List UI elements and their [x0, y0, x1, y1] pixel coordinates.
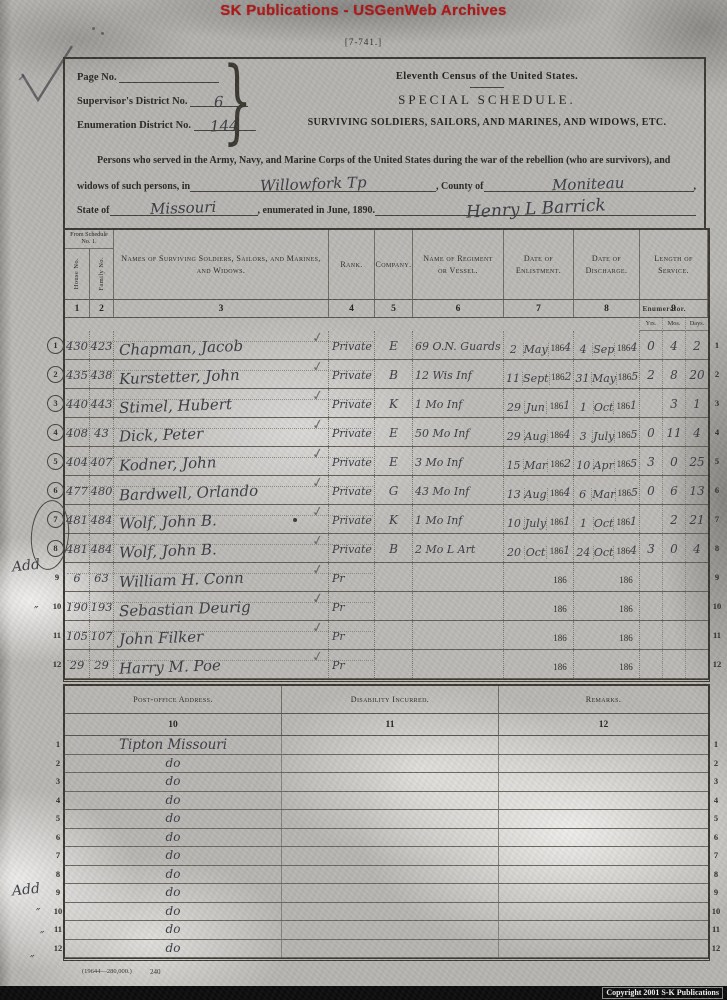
year-prefix: 186 — [616, 517, 630, 527]
remarks-cell — [499, 884, 708, 902]
disability-cell — [282, 884, 499, 902]
house-no-cell: 6 — [65, 563, 90, 591]
soldier-name: Dick, Peter — [119, 425, 204, 446]
remarks-cell — [499, 810, 708, 828]
enlistment-date-cell: 186 — [504, 592, 574, 620]
year-prefix: 186 — [616, 401, 630, 411]
address-cell: do — [65, 792, 282, 810]
checkmark: ✓ — [311, 358, 326, 377]
row-number: 5 — [47, 453, 64, 470]
service-months-cell — [663, 563, 686, 591]
soldier-name: Wolf, John B. — [119, 511, 217, 532]
row-number-right: 10 — [711, 601, 723, 611]
col-num-3: 3 — [114, 300, 329, 317]
regiment-cell: 50 Mo Inf — [413, 418, 504, 446]
table-row: 11 105 107 John Filker✓ Pr 186 186 11 — [65, 621, 708, 650]
service-years-cell: 0 — [640, 476, 663, 504]
service-days-cell — [686, 592, 708, 620]
row-number-right: 4 — [710, 795, 722, 805]
year-prefix: 186 — [550, 430, 564, 440]
year-prefix: 186 — [619, 633, 633, 643]
service-days-cell: 25 — [686, 447, 708, 475]
regiment-cell — [413, 592, 504, 620]
table-row: 12 do 12 — [65, 940, 708, 959]
pencil-dot — [101, 32, 104, 35]
rank-cell: Private — [329, 447, 375, 475]
year-digit: 5 — [631, 370, 638, 383]
remarks-cell — [499, 940, 708, 958]
schedule-title: SPECIAL SCHEDULE. — [283, 92, 691, 108]
table-row: 3 440 443 Stimel, Hubert✓ Private K 1 Mo… — [65, 389, 708, 418]
regiment-cell: 3 Mo Inf — [413, 447, 504, 475]
rank-cell: Private — [329, 418, 375, 446]
discharge-date-cell: 4Sep1864 — [574, 331, 640, 359]
table1-header-row: From Schedule No. 1. House No. Family No… — [65, 230, 708, 300]
service-days-cell: 2 — [686, 331, 708, 359]
service-days-cell: 13 — [686, 476, 708, 504]
address-cell: do — [65, 903, 282, 921]
col-num-11: 11 — [282, 714, 499, 735]
regiment-cell: 43 Mo Inf — [413, 476, 504, 504]
row-number-right: 9 — [710, 887, 722, 897]
row-number: 1 — [47, 337, 64, 354]
margin-add-note: Add — [11, 881, 41, 900]
name-cell: Kurstetter, John✓ — [114, 360, 329, 388]
soldier-name: Chapman, Jacob — [119, 337, 244, 359]
enlistment-date-cell: 29Jun1861 — [504, 389, 574, 417]
pencil-dot — [92, 27, 95, 30]
remarks-cell — [499, 755, 708, 773]
row-number: 8 — [52, 869, 64, 879]
row-number-right: 12 — [710, 943, 722, 953]
names-header: Names of Surviving Soldiers, Sailors, an… — [114, 230, 329, 299]
col-num-1: 1 — [65, 300, 90, 317]
table-row: 3 do 3 — [65, 773, 708, 792]
service-months-cell: 6 — [663, 476, 686, 504]
company-cell: G — [375, 476, 413, 504]
year-digit: 4 — [630, 341, 637, 354]
year-digit: 4 — [564, 341, 571, 354]
preamble-line3: State of Missouri , enumerated in June, … — [77, 199, 696, 216]
comma: , — [694, 181, 697, 192]
form-code: [7-741.] — [0, 37, 727, 47]
enumerator-signature: Henry L Barrick — [465, 195, 606, 222]
address-cell: do — [65, 773, 282, 791]
house-no-cell: 430 — [65, 331, 90, 359]
name-cell: Sebastian Deurig✓ — [114, 592, 329, 620]
house-no-cell: 440 — [65, 389, 90, 417]
service-years-cell: 0 — [640, 331, 663, 359]
table2-number-row: 10 11 12 — [65, 714, 708, 736]
year-digit: 4 — [630, 544, 637, 557]
name-cell: William H. Conn✓ — [114, 563, 329, 591]
service-header: Length of Service. — [640, 230, 708, 299]
regiment-cell: 1 Mo Inf — [413, 505, 504, 533]
year-digit: 5 — [630, 428, 637, 441]
table-row: 5 do 5 — [65, 810, 708, 829]
family-no-cell: 438 — [90, 360, 114, 388]
from-schedule-header: From Schedule No. 1. House No. Family No… — [65, 230, 114, 299]
margin-add-note: Add — [11, 557, 41, 576]
regiment-cell: 12 Wis Inf — [413, 360, 504, 388]
year-prefix: 186 — [617, 459, 631, 469]
margin-ditto-mark: ″ — [30, 953, 34, 967]
soldier-name: William H. Conn — [119, 569, 244, 591]
row-number: 2 — [47, 366, 64, 383]
remarks-cell — [499, 866, 708, 884]
row-number: 5 — [52, 813, 64, 823]
year-digit: 2 — [565, 370, 572, 383]
address-cell: do — [65, 810, 282, 828]
soldiers-table: From Schedule No. 1. House No. Family No… — [63, 228, 710, 682]
row-number: 3 — [52, 776, 64, 786]
family-no-cell: 107 — [90, 621, 114, 649]
discharge-date-cell: 186 — [574, 563, 640, 591]
yrs-label: Yrs. — [640, 318, 663, 331]
enlistment-date-cell: 20Oct1861 — [504, 534, 574, 562]
house-no-cell: 190 — [65, 592, 90, 620]
year-digit: 1 — [630, 399, 637, 412]
service-years-cell: 3 — [640, 447, 663, 475]
checkmark: ✓ — [311, 648, 326, 667]
disability-cell — [282, 829, 499, 847]
row-number-right: 11 — [710, 924, 722, 934]
row-number-right: 6 — [711, 485, 723, 495]
name-cell: Wolf, John B.✓ — [114, 534, 329, 562]
scanned-census-page: SK Publications - USGenWeb Archives [7-7… — [0, 0, 727, 1000]
table-row: 9 6 63 William H. Conn✓ Pr 186 186 9 — [65, 563, 708, 592]
service-months-cell: 11 — [663, 418, 686, 446]
row-number-right: 8 — [710, 869, 722, 879]
service-months-cell — [663, 650, 686, 678]
service-months-cell — [663, 592, 686, 620]
state-label: State of — [77, 205, 110, 216]
service-days-cell: 20 — [686, 360, 708, 388]
service-days-cell — [686, 650, 708, 678]
enlistment-header: Date of Enlistment. — [504, 230, 574, 299]
discharge-date-cell: 6Mar1865 — [574, 476, 640, 504]
col-num-7: 7 — [504, 300, 574, 317]
company-cell — [375, 563, 413, 591]
row-number: 11 — [52, 924, 64, 934]
address-cell: do — [65, 940, 282, 958]
enlistment-date-cell: 2May1864 — [504, 331, 574, 359]
soldier-name: Kodner, John — [119, 453, 217, 474]
year-digit: 1 — [563, 515, 570, 528]
house-no-cell: 477 — [65, 476, 90, 504]
remarks-cell — [499, 792, 708, 810]
enlistment-date-cell: 186 — [504, 563, 574, 591]
disability-cell — [282, 755, 499, 773]
col-num-8: 8 — [574, 300, 640, 317]
county-label: , County of — [436, 181, 484, 192]
soldier-name: Stimel, Hubert — [119, 395, 233, 417]
col-num-5: 5 — [375, 300, 413, 317]
remarks-cell — [499, 829, 708, 847]
soldier-name: John Filker — [119, 628, 204, 649]
discharge-date-cell: 186 — [574, 621, 640, 649]
checkmark: ✓ — [311, 474, 326, 493]
row-number-right: 12 — [711, 659, 723, 669]
divider-rule — [470, 87, 504, 88]
checkmark: ✓ — [311, 561, 326, 580]
address-cell: do — [65, 921, 282, 939]
service-months-cell: 8 — [663, 360, 686, 388]
table-row: 8 do 8 — [65, 866, 708, 885]
remarks-header: Remarks. — [499, 686, 708, 713]
print-code: (19644—280,000.) — [82, 968, 132, 975]
subheader-spacer — [65, 318, 640, 331]
house-no-cell: 408 — [65, 418, 90, 446]
row-number: 6 — [47, 482, 64, 499]
table-row: 10 do 10 — [65, 903, 708, 922]
census-heading: Eleventh Census of the United States. SP… — [283, 71, 691, 128]
row-number: 11 — [51, 630, 63, 640]
row-number: 4 — [47, 424, 64, 441]
discharge-month: Sep — [593, 343, 615, 356]
row-number-right: 5 — [711, 456, 723, 466]
house-no-header: House No. — [73, 258, 80, 289]
row-number-right: 6 — [710, 832, 722, 842]
table-row: 4 do 4 — [65, 792, 708, 811]
table1-number-row: 1 2 3 4 5 6 7 8 9 — [65, 300, 708, 318]
rank-header: Rank. — [329, 230, 375, 299]
col-num-2: 2 — [90, 300, 114, 317]
checkmark: ✓ — [311, 329, 326, 348]
regiment-cell: 1 Mo Inf — [413, 389, 504, 417]
row-number: 2 — [52, 758, 64, 768]
row-number-right: 5 — [710, 813, 722, 823]
year-prefix: 186 — [550, 517, 564, 527]
name-cell: Stimel, Hubert✓ — [114, 389, 329, 417]
schedule-subtitle: SURVIVING SOLDIERS, SAILORS, AND MARINES… — [283, 117, 691, 128]
company-cell: B — [375, 534, 413, 562]
name-cell: Bardwell, Orlando✓ — [114, 476, 329, 504]
year-prefix: 186 — [550, 459, 564, 469]
disability-cell — [282, 866, 499, 884]
enumerator-blank: Henry L Barrick — [375, 199, 696, 216]
table-row: 1 430 423 Chapman, Jacob✓ Private E 69 O… — [65, 331, 708, 360]
enlistment-date-cell: 11Sept1862 — [504, 360, 574, 388]
row-number: 10 — [52, 906, 64, 916]
year-digit: 2 — [564, 457, 571, 470]
margin-ditto-mark: ″ — [36, 906, 40, 920]
checkmark: ✓ — [311, 532, 326, 551]
service-months-cell: 2 — [663, 505, 686, 533]
year-prefix: 186 — [617, 488, 631, 498]
family-no-cell: 484 — [90, 505, 114, 533]
regiment-cell — [413, 621, 504, 649]
company-header: Company. — [375, 230, 413, 299]
enumeration-line: Enumeration District No. 144 — [77, 117, 283, 131]
name-cell: Chapman, Jacob✓ — [114, 331, 329, 359]
disability-header: Disability Incurred. — [282, 686, 499, 713]
service-years-cell — [640, 563, 663, 591]
state-value: Missouri — [150, 197, 217, 217]
service-years-cell: 3 — [640, 534, 663, 562]
name-cell: Kodner, John✓ — [114, 447, 329, 475]
checkmark: ✓ — [311, 590, 326, 609]
bottom-black-band: Copyright 2001 S-K Publications — [0, 986, 727, 1000]
family-no-cell: 443 — [90, 389, 114, 417]
family-no-cell: 63 — [90, 563, 114, 591]
remarks-cell — [499, 736, 708, 754]
year-digit: 4 — [564, 486, 571, 499]
company-cell: E — [375, 331, 413, 359]
row-number: 3 — [47, 395, 64, 412]
company-cell: E — [375, 447, 413, 475]
table-row: 12 29 29 Harry M. Poe✓ Pr 186 186 12 — [65, 650, 708, 679]
company-cell — [375, 621, 413, 649]
table-row: 6 477 480 Bardwell, Orlando✓ Private G 4… — [65, 476, 708, 505]
page-no-blank — [119, 69, 219, 83]
year-prefix: 186 — [550, 488, 564, 498]
publisher-banner: SK Publications - USGenWeb Archives — [0, 2, 727, 19]
row-number: 10 — [51, 601, 63, 611]
curly-brace: } — [223, 55, 252, 147]
row-number-right: 4 — [711, 427, 723, 437]
discharge-date-cell: 10Apr1865 — [574, 447, 640, 475]
regiment-cell — [413, 650, 504, 678]
enlistment-date-cell: 186 — [504, 621, 574, 649]
preamble-line2: widows of such persons, in Willowfork Tp… — [77, 175, 696, 192]
discharge-date-cell: 31May1865 — [574, 360, 640, 388]
table-row: 11 do 11 — [65, 921, 708, 940]
copyright-notice: Copyright 2001 S-K Publications — [602, 987, 723, 999]
enlistment-date-cell: 15Mar1862 — [504, 447, 574, 475]
supervisor-label: Supervisor's District No. — [77, 96, 188, 107]
table-row: 1 Tipton Missouri 1 — [65, 736, 708, 755]
row-number: 9 — [52, 887, 64, 897]
discharge-day: 4 — [574, 343, 593, 356]
address-cell: Tipton Missouri — [65, 736, 282, 754]
row-number: 12 — [51, 659, 63, 669]
discharge-date-cell: 186 — [574, 650, 640, 678]
year-digit: 4 — [564, 428, 571, 441]
house-no-cell: 29 — [65, 650, 90, 678]
family-no-cell: 407 — [90, 447, 114, 475]
mos-label: Mos. — [663, 318, 686, 331]
disability-cell — [282, 773, 499, 791]
year-prefix: 186 — [553, 575, 567, 585]
regiment-cell — [413, 563, 504, 591]
discharge-date-cell: 186 — [574, 592, 640, 620]
regiment-header: Name of Regiment or Vessel. — [413, 230, 504, 299]
preamble-line1: Persons who served in the Army, Navy, an… — [77, 155, 696, 168]
rank-cell: Private — [329, 360, 375, 388]
row-number-right: 9 — [711, 572, 723, 582]
year-digit: 1 — [630, 515, 637, 528]
year-prefix: 186 — [616, 546, 630, 556]
disability-cell — [282, 940, 499, 958]
name-cell: Dick, Peter✓ — [114, 418, 329, 446]
enlistment-date-cell: 29Aug1864 — [504, 418, 574, 446]
rank-cell: Private — [329, 505, 375, 533]
rank-cell: Private — [329, 476, 375, 504]
from-schedule-label: From Schedule No. 1. — [65, 230, 113, 249]
row-number: 12 — [52, 943, 64, 953]
enlistment-date-cell: 186 — [504, 650, 574, 678]
address-cell: do — [65, 755, 282, 773]
service-months-cell: 4 — [663, 331, 686, 359]
checkmark: ✓ — [311, 619, 326, 638]
checkmark: ✓ — [311, 387, 326, 406]
rank-cell: Pr — [329, 592, 375, 620]
year-prefix: 186 — [553, 604, 567, 614]
form-page-number: 240 — [150, 968, 161, 976]
address-cell: do — [65, 847, 282, 865]
table-row: 4 408 43 Dick, Peter✓ Private E 50 Mo In… — [65, 418, 708, 447]
discharge-date-cell: 1Oct1861 — [574, 505, 640, 533]
row-number-right: 8 — [711, 543, 723, 553]
county-value: Moniteau — [552, 173, 625, 194]
rank-cell: Pr — [329, 563, 375, 591]
year-prefix: 186 — [553, 633, 567, 643]
table-row: 9 do 9 — [65, 884, 708, 903]
regiment-cell: 2 Mo L Art — [413, 534, 504, 562]
service-days-cell: 4 — [686, 418, 708, 446]
checkmark: ✓ — [311, 445, 326, 464]
family-no-header: Family No. — [98, 257, 105, 291]
col-num-10: 10 — [65, 714, 282, 735]
row-number-right: 1 — [710, 739, 722, 749]
row-number-right: 7 — [710, 850, 722, 860]
house-no-cell: 105 — [65, 621, 90, 649]
service-months-cell: 3 — [663, 389, 686, 417]
soldier-name: Bardwell, Orlando — [119, 482, 259, 505]
house-no-cell: 404 — [65, 447, 90, 475]
row-number-right: 2 — [710, 758, 722, 768]
year-prefix: 186 — [550, 401, 564, 411]
service-days-cell: 21 — [686, 505, 708, 533]
row-number: 7 — [52, 850, 64, 860]
year-prefix: 186 — [619, 604, 633, 614]
place-value: Willowfork Tp — [259, 173, 366, 195]
disability-cell — [282, 736, 499, 754]
margin-ditto-mark: ″ — [34, 604, 38, 618]
year-prefix: 186 — [619, 662, 633, 672]
year-prefix: 186 — [553, 662, 567, 672]
service-subheader-row: Yrs. Mos. Days. — [65, 318, 708, 331]
family-no-cell: 193 — [90, 592, 114, 620]
disability-cell — [282, 903, 499, 921]
year-digit: 5 — [631, 486, 638, 499]
address-cell: do — [65, 866, 282, 884]
family-no-cell: 480 — [90, 476, 114, 504]
address-header: Post-office Address. — [65, 686, 282, 713]
rank-cell: Private — [329, 534, 375, 562]
remarks-cell — [499, 847, 708, 865]
place-blank: Willowfork Tp — [190, 175, 436, 192]
enumerated-text: , enumerated in June, 1890. — [258, 205, 376, 216]
family-no-cell: 43 — [90, 418, 114, 446]
service-days-cell: 1 — [686, 389, 708, 417]
address-cell: do — [65, 884, 282, 902]
family-no-cell: 29 — [90, 650, 114, 678]
table-row: 8 481 484 Wolf, John B.✓ Private B 2 Mo … — [65, 534, 708, 563]
disability-cell — [282, 921, 499, 939]
soldier-name: Sebastian Deurig — [119, 598, 251, 621]
year-prefix: 186 — [618, 372, 632, 382]
enumeration-label: Enumeration District No. — [77, 120, 191, 131]
service-months-cell: 0 — [663, 447, 686, 475]
row-number-right: 3 — [710, 776, 722, 786]
table-row: 6 do 6 — [65, 829, 708, 848]
family-no-cell: 423 — [90, 331, 114, 359]
row-number: 9 — [51, 572, 63, 582]
page-no-label: Page No. — [77, 72, 117, 83]
enlist-day: 2 — [504, 343, 524, 356]
